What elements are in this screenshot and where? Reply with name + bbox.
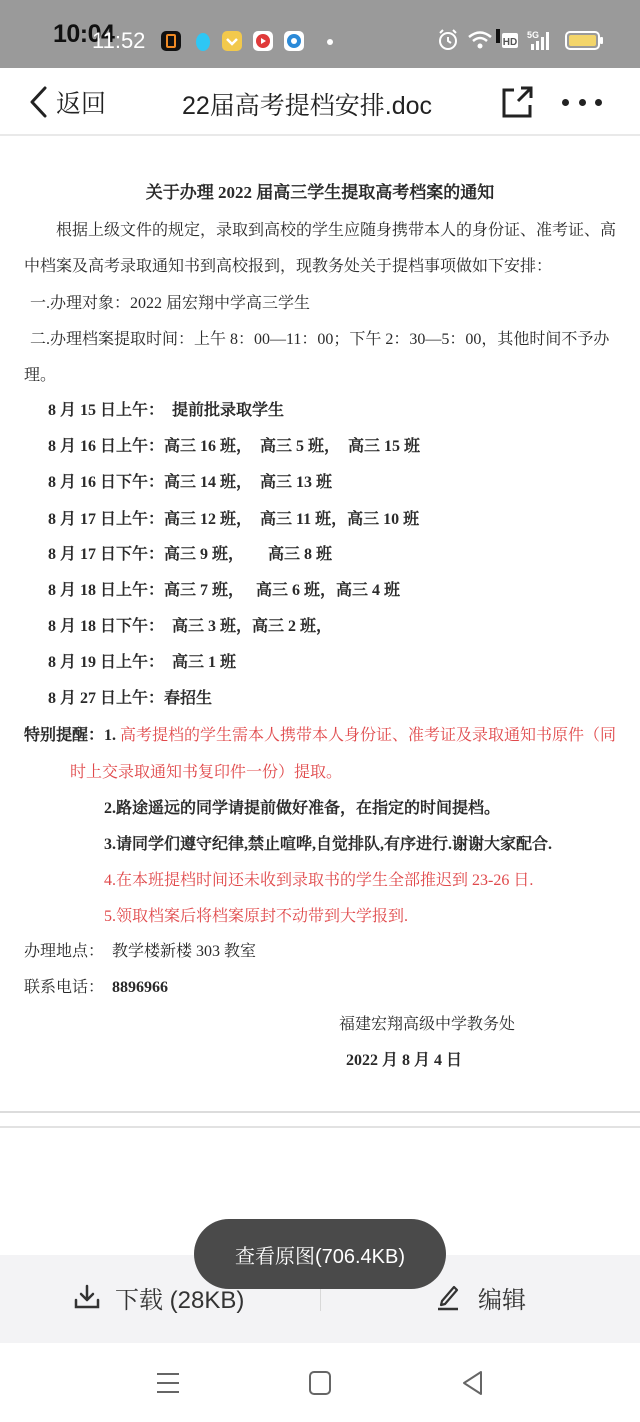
reminder-3: 3.请同学们遵守纪律,禁止喧哗,自觉排队,有序进行.谢谢大家配合. xyxy=(104,831,552,854)
page-title: 22届高考提档安排.doc xyxy=(182,86,432,122)
document-date: 2022 月 8 月 4 日 xyxy=(346,1047,462,1070)
more-dot-icon xyxy=(595,99,602,106)
svg-text:HD: HD xyxy=(503,37,517,48)
app-header: 返回 22届高考提档安排.doc xyxy=(0,68,640,136)
menu-icon xyxy=(154,1369,182,1397)
gift-app-icon xyxy=(222,31,242,51)
schedule-row: 8 月 18 日下午： 高三 3 班，高三 2 班， xyxy=(48,613,332,636)
more-dot-icon xyxy=(579,99,586,106)
page-divider xyxy=(0,1126,640,1128)
signature: 福建宏翔高级中学教务处 xyxy=(339,1011,515,1034)
reminder-1-line-2: 时上交录取通知书复印件一份）提取。 xyxy=(70,759,342,782)
page-divider xyxy=(0,1111,640,1113)
back-nav-button[interactable] xyxy=(460,1369,488,1397)
back-button[interactable]: 返回 xyxy=(28,84,106,120)
more-options-button[interactable] xyxy=(562,88,602,116)
back-triangle-icon xyxy=(460,1369,488,1397)
status-bar: 10:04 11:52 HD 5G xyxy=(0,0,640,68)
edit-label: 编辑 xyxy=(478,1280,526,1315)
reminder-5: 5.领取档案后将档案原封不动带到大学报到. xyxy=(104,903,408,926)
view-original-toast[interactable]: 查看原图(706.4KB) xyxy=(194,1219,446,1289)
wifi-icon xyxy=(467,28,493,52)
phone-row: 联系电话： 8896966 xyxy=(24,974,168,997)
back-label: 返回 xyxy=(56,84,106,120)
alarm-icon xyxy=(437,28,459,52)
reminder-2: 2.路途遥远的同学请提前做好准备，在指定的时间提档。 xyxy=(104,795,500,818)
share-icon xyxy=(500,85,534,119)
schedule-row: 8 月 16 日下午：高三 14 班， 高三 13 班 xyxy=(48,469,332,492)
reminder-4: 4.在本班提档时间还未收到录取书的学生全部推迟到 23-26 日. xyxy=(104,867,533,890)
reminder-1-text: 高考提档的学生需本人携带本人身份证、准考证及录取通知书原件（同 xyxy=(120,727,616,744)
browser-app-icon xyxy=(284,31,304,51)
item-time-line-2: 理。 xyxy=(24,362,56,385)
chevron-left-icon xyxy=(28,85,50,119)
schedule-row: 8 月 17 日下午：高三 9 班， 高三 8 班 xyxy=(48,541,332,564)
reader-app-icon xyxy=(161,31,181,51)
item-time-line-1: 二.办理档案提取时间：上午 8：00—11：00；下午 2：30—5：00，其他… xyxy=(30,326,609,349)
location-row: 办理地点： 教学楼新楼 303 教室 xyxy=(24,938,256,961)
schedule-row: 8 月 27 日上午：春招生 xyxy=(48,685,212,708)
video-app-icon xyxy=(253,31,273,51)
qq-app-icon xyxy=(193,31,213,51)
document-preview[interactable]: 关于办理 2022 届高三学生提取高考档案的通知 根据上级文件的规定，录取到高校… xyxy=(0,138,640,1113)
share-button[interactable] xyxy=(500,85,534,119)
download-icon xyxy=(73,1283,101,1311)
reminder-label: 特别提醒：1. xyxy=(24,727,116,744)
intro-line-1: 根据上级文件的规定，录取到高校的学生应随身携带本人的身份证、准考证、高 xyxy=(56,217,616,240)
schedule-row: 8 月 16 日上午：高三 16 班， 高三 5 班， 高三 15 班 xyxy=(48,433,420,456)
schedule-row: 8 月 19 日上午： 高三 1 班 xyxy=(48,649,236,672)
home-icon xyxy=(307,1369,335,1397)
edit-button[interactable]: 编辑 xyxy=(436,1277,526,1317)
schedule-row: 8 月 15 日上午： 提前批录取学生 xyxy=(48,397,284,420)
pencil-icon xyxy=(436,1283,462,1311)
toast-label: 查看原图(706.4KB) xyxy=(235,1240,405,1269)
more-dot-icon xyxy=(562,99,569,106)
menu-button[interactable] xyxy=(154,1369,182,1397)
schedule-row: 8 月 17 日上午：高三 12 班， 高三 11 班，高三 10 班 xyxy=(48,506,419,529)
svg-text:5G: 5G xyxy=(527,30,539,40)
battery-icon xyxy=(565,28,605,52)
intro-line-2: 中档案及高考录取通知书到高校报到，现教务处关于提档事项做如下安排： xyxy=(24,253,552,276)
more-notifications-dot xyxy=(327,39,333,45)
reminder-1-line-1: 特别提醒：1. 高考提档的学生需本人携带本人身份证、准考证及录取通知书原件（同 xyxy=(24,722,616,745)
hd-icon: HD xyxy=(494,28,522,52)
5g-signal-icon: 5G xyxy=(527,28,557,52)
system-nav-bar xyxy=(0,1343,640,1422)
status-time: 11:52 xyxy=(92,28,145,54)
item-target: 一.办理对象：2022 届宏翔中学高三学生 xyxy=(30,290,310,313)
document-title: 关于办理 2022 届高三学生提取高考档案的通知 xyxy=(0,178,640,203)
home-button[interactable] xyxy=(307,1369,335,1397)
schedule-row: 8 月 18 日上午：高三 7 班， 高三 6 班，高三 4 班 xyxy=(48,577,400,600)
